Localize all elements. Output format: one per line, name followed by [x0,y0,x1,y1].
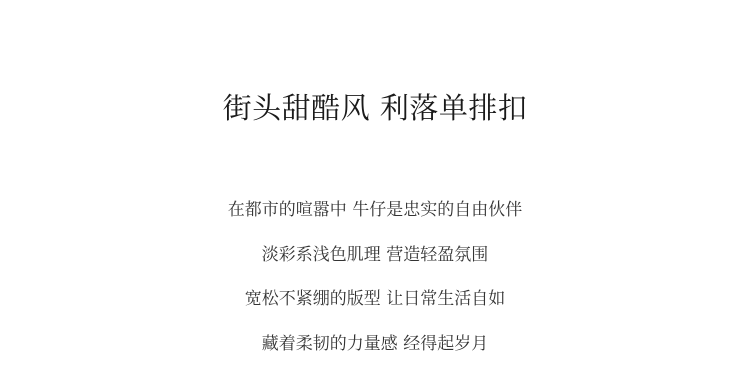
description-line-2: 淡彩系浅色肌理 营造轻盈氛围 [0,243,750,267]
description-line-1: 在都市的喧嚣中 牛仔是忠实的自由伙伴 [0,198,750,222]
description-line-3: 宽松不紧绷的版型 让日常生活自如 [0,287,750,311]
description-line-4: 藏着柔韧的力量感 经得起岁月 [0,332,750,356]
section-title: 街头甜酷风 利落单排扣 [0,88,750,128]
